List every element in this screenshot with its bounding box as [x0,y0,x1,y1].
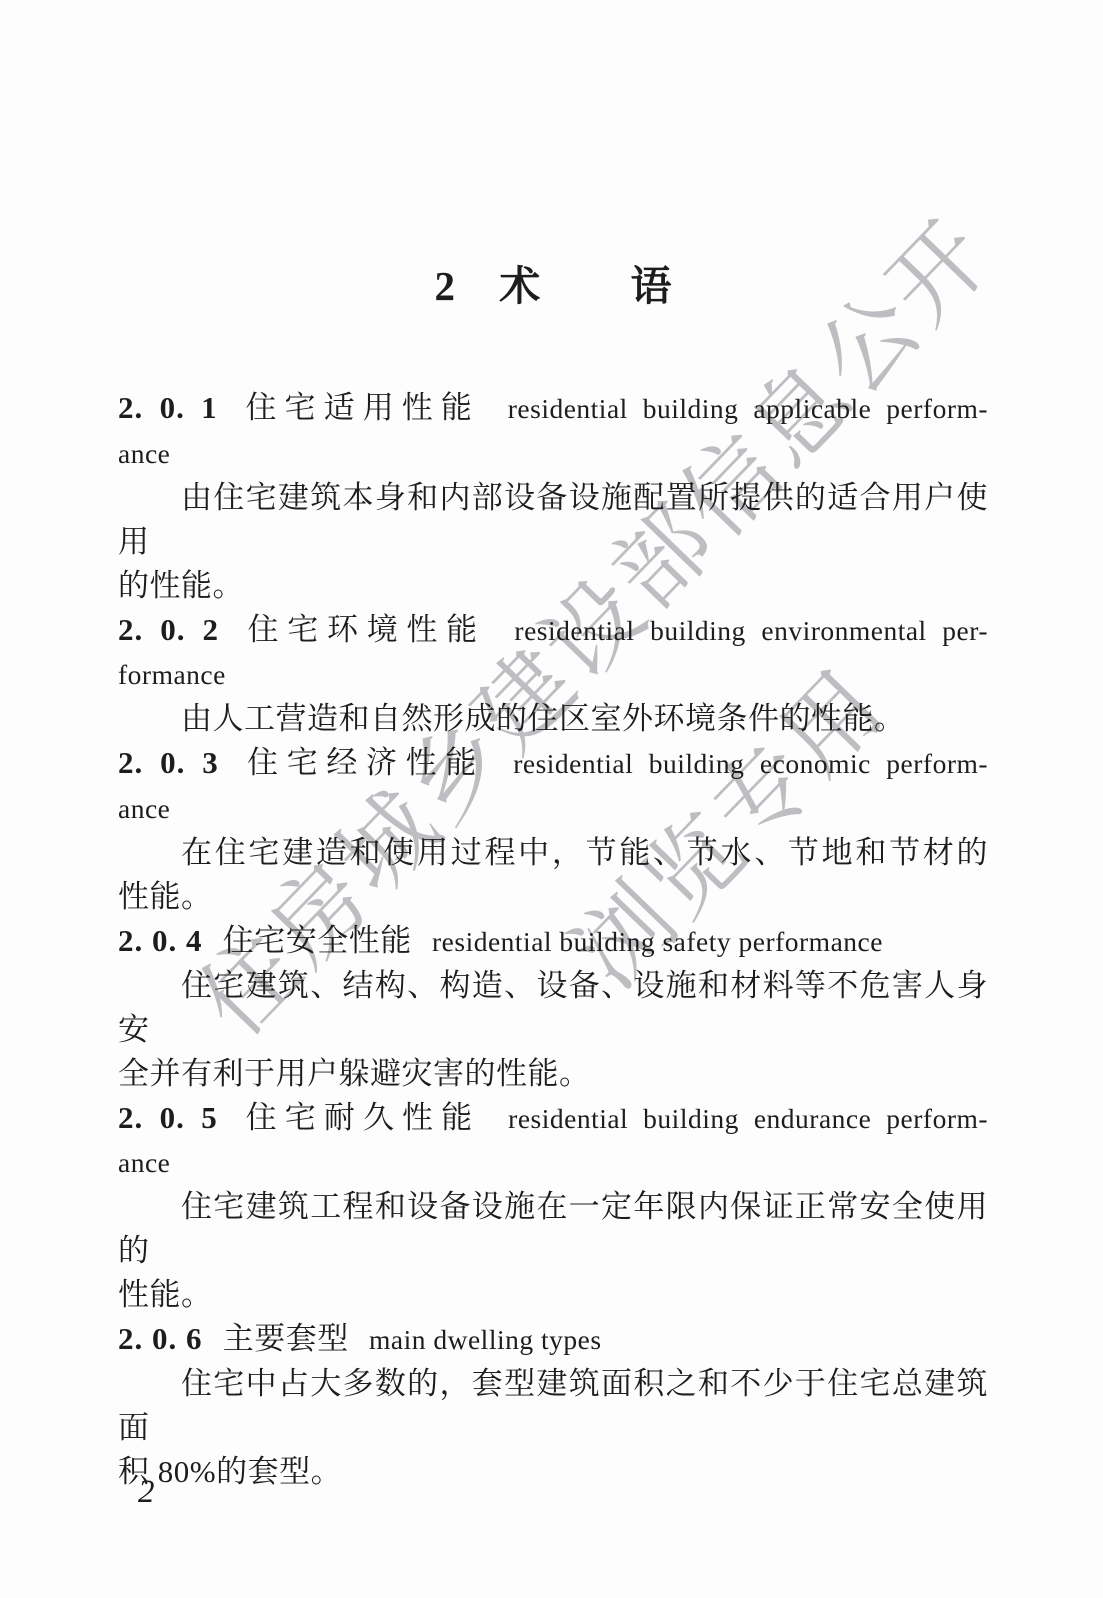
chapter-word-2: 语 [631,254,672,318]
document-page: 住房城乡建设部信息公开 浏览专用 2 术 语 2. 0. 1 住宅适用性能 re… [0,0,1103,1598]
text-line: 性能。 [118,1273,988,1317]
text-line: ance [118,431,988,476]
text-line: 住宅中占大多数的，套型建筑面积之和不少于住宅总建筑面 [118,1362,988,1450]
term-number: 2. 0. 4 [118,923,203,958]
text-line: 由人工营造和自然形成的住区室外环境条件的性能。 [118,697,988,741]
term-line: 2. 0. 6 主要套型 main dwelling types [118,1317,988,1362]
term-number: 2. 0. 1 [118,390,218,425]
term-line: 2. 0. 2 住宅环境性能 residential building envi… [118,608,988,653]
text-line: 的性能。 [118,564,988,608]
definition-zh: 全并有利于用户躲避灾害的性能。 [118,1056,591,1091]
text-line: 全并有利于用户躲避灾害的性能。 [118,1052,988,1096]
term-zh: 住宅耐久性能 [246,1100,481,1135]
term-number: 2. 0. 3 [118,745,219,780]
term-en-continuation: ance [118,438,170,469]
definition-zh: 由人工营造和自然形成的住区室外环境条件的性能。 [181,701,906,736]
term-en: residential building environmental per- [514,615,988,646]
term-zh: 住宅环境性能 [247,612,485,647]
terms-body: 2. 0. 1 住宅适用性能 residential building appl… [118,386,988,1494]
definition-zh: 住宅中占大多数的，套型建筑面积之和不少于住宅总建筑面 [118,1366,988,1445]
term-en: residential building applicable perform- [508,393,988,424]
text-line: 住宅建筑、结构、构造、设备、设施和材料等不危害人身安 [118,964,988,1052]
term-en: residential building safety performance [432,926,883,957]
term-en-continuation: ance [118,793,170,824]
text-line: formance [118,652,988,697]
text-line: 积 80%的套型。 [118,1450,988,1494]
text-line: 性能。 [118,875,988,919]
definition-zh: 在住宅建造和使用过程中，节能、节水、节地和节材的 [181,835,988,870]
definition-zh: 住宅建筑、结构、构造、设备、设施和材料等不危害人身安 [118,968,988,1047]
definition-zh: 的性能。 [118,568,244,603]
text-line: 在住宅建造和使用过程中，节能、节水、节地和节材的 [118,831,988,875]
term-zh: 住宅经济性能 [247,745,485,780]
term-en: main dwelling types [369,1324,602,1355]
term-en: residential building economic perform- [513,748,988,779]
term-number: 2. 0. 6 [118,1321,203,1356]
term-zh: 住宅安全性能 [223,923,412,958]
page-number: 2 [138,1474,155,1511]
definition-zh: 性能。 [118,879,213,914]
term-line: 2. 0. 4 住宅安全性能 residential building safe… [118,919,988,964]
term-line: 2. 0. 1 住宅适用性能 residential building appl… [118,386,988,431]
text-line: 由住宅建筑本身和内部设备设施配置所提供的适合用户使用 [118,476,988,564]
chapter-title: 2 术 语 [118,254,988,318]
definition-zh: 由住宅建筑本身和内部设备设施配置所提供的适合用户使用 [118,480,988,559]
term-line: 2. 0. 5 住宅耐久性能 residential building endu… [118,1096,988,1141]
chapter-number: 2 [435,254,456,318]
term-number: 2. 0. 5 [118,1100,218,1135]
definition-zh: 住宅建筑工程和设备设施在一定年限内保证正常安全使用的 [118,1189,988,1268]
term-zh: 住宅适用性能 [245,390,479,425]
term-number: 2. 0. 2 [118,612,219,647]
text-line: ance [118,786,988,831]
chapter-word-1: 术 [499,254,540,318]
term-en: residential building endurance perform- [508,1103,988,1134]
term-en-continuation: formance [118,659,226,690]
definition-zh: 性能。 [118,1277,213,1312]
term-en-continuation: ance [118,1147,170,1178]
term-line: 2. 0. 3 住宅经济性能 residential building econ… [118,741,988,786]
text-line: 住宅建筑工程和设备设施在一定年限内保证正常安全使用的 [118,1185,988,1273]
term-zh: 主要套型 [223,1321,349,1356]
text-line: ance [118,1140,988,1185]
